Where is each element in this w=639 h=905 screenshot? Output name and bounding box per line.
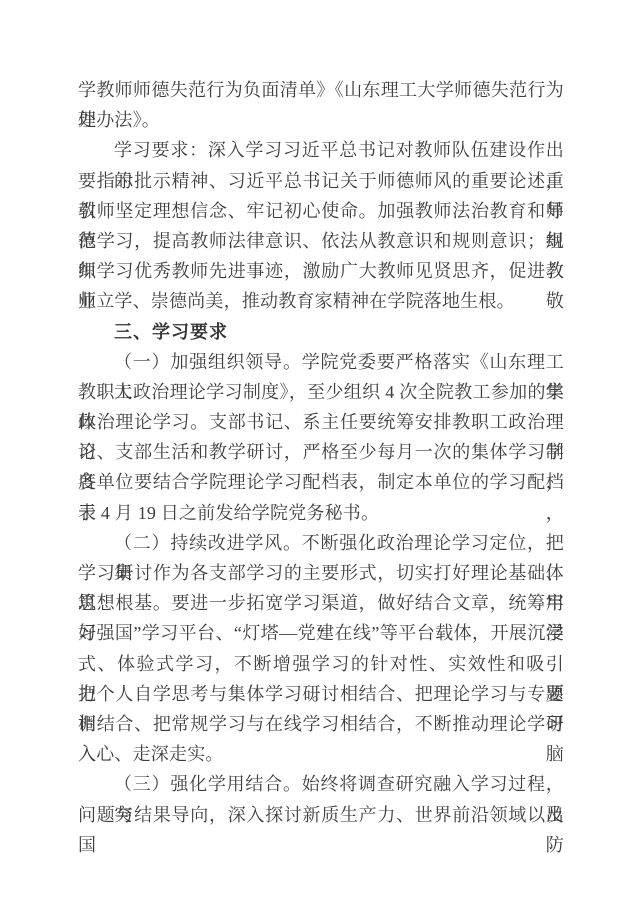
text-line: 要指示批示精神、习近平总书记关于师德师风的重要论述，引导: [78, 166, 564, 196]
text-line: （一）加强组织领导。学院党委要严格落实《山东理工大学: [78, 347, 564, 377]
text-line: 各单位要结合学院理论学习配档表，制定本单位的学习配档表，: [78, 467, 564, 497]
text-line: 习强国”学习平台、“灯塔—党建在线”等平台载体，开展沉浸: [78, 618, 564, 648]
text-line: 范学习，提高教师法律意识、依法从教意识和规则意识；组织教: [78, 226, 564, 256]
text-line: 师学习优秀教师先进事迹，激励广大教师见贤思齐，促进教师敬: [78, 256, 564, 286]
text-line: 把个人自学思考与集体学习研讨相结合、把理论学习与专题调研: [78, 679, 564, 709]
text-line: 相结合、把常规学习与在线学习相结合，不断推动理论学习入脑: [78, 709, 564, 739]
text-line: 理办法》。: [78, 105, 564, 135]
text-line: 式、体验式学习，不断增强学习的针对性、实效性和吸引力。要: [78, 649, 564, 679]
text-line: 学习要求：深入学习习近平总书记对教师队伍建设作出的重: [78, 135, 564, 165]
text-line: 问题与结果导向，深入探讨新质生产力、世界前沿领域以及国防: [78, 800, 564, 830]
text-line: 政治理论学习。支部书记、系主任要统筹安排教职工政治理论学: [78, 407, 564, 437]
text-line: 学习研讨作为各支部学习的主要形式，切实打好理论基础、筑牢: [78, 558, 564, 588]
text-line: 习、支部生活和教学研讨，严格至少每月一次的集体学习制度，: [78, 437, 564, 467]
text-line: 业立学、崇德尚美，推动教育家精神在学院落地生根。: [78, 286, 564, 316]
text-line: 教师坚定理想信念、牢记初心使命。加强教师法治教育和师德规: [78, 196, 564, 226]
text-line: （三）强化学用结合。始终将调查研究融入学习过程，突出: [78, 769, 564, 799]
document-content: 学教师师德失范行为负面清单》《山东理工大学师德失范行为处理办法》。学习要求：深入…: [78, 75, 564, 830]
text-line: 学教师师德失范行为负面清单》《山东理工大学师德失范行为处: [78, 75, 564, 105]
text-line: （二）持续改进学风。不断强化政治理论学习定位，把集体: [78, 528, 564, 558]
document-page: 学教师师德失范行为负面清单》《山东理工大学师德失范行为处理办法》。学习要求：深入…: [0, 0, 639, 905]
section-heading: 三、学习要求: [78, 317, 564, 347]
text-line: 思想根基。要进一步拓宽学习渠道，做好结合文章，统筹用好“学: [78, 588, 564, 618]
text-line: 教职工政治理论学习制度》，至少组织 4 次全院教工参加的集体: [78, 377, 564, 407]
